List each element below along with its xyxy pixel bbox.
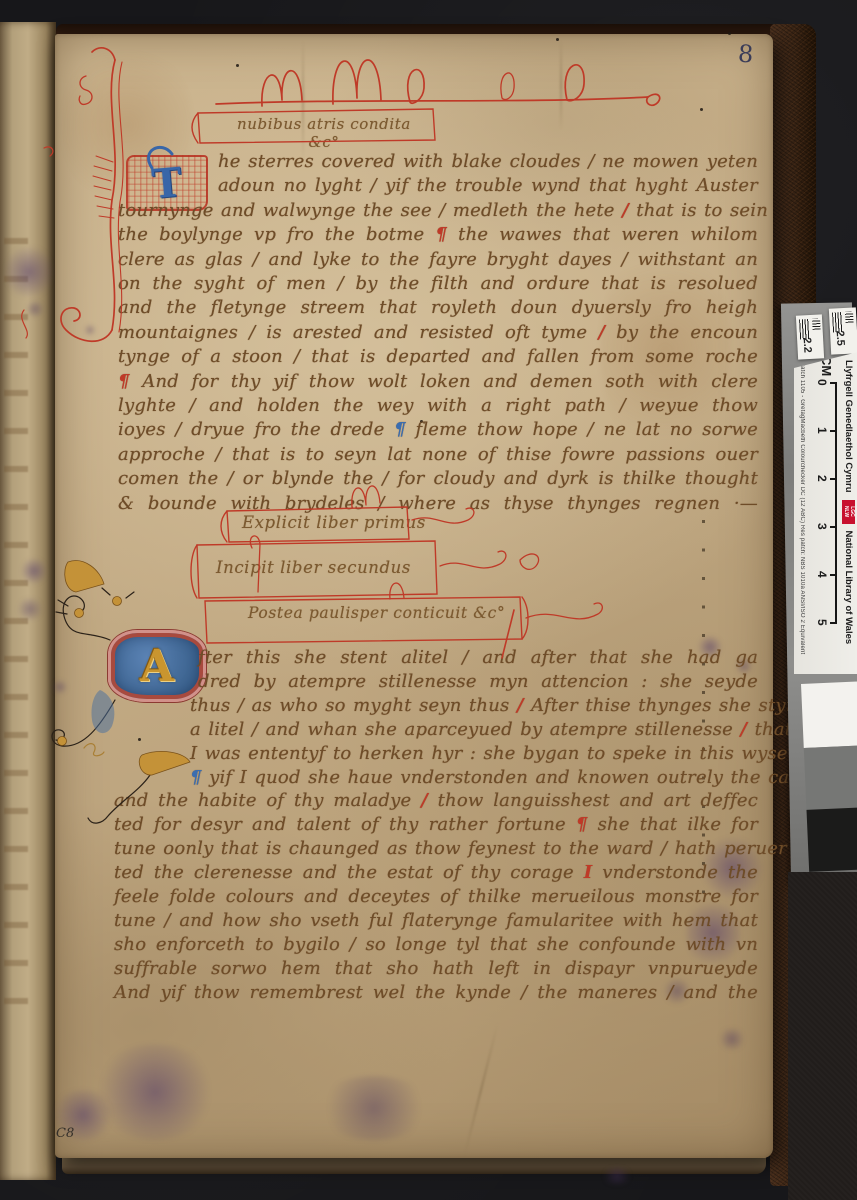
text-block-liber2: fter this she stent alitel / and after t…: [114, 646, 758, 1005]
nlw-logo: LGC NLW: [842, 500, 855, 524]
grayscale-target: [801, 682, 857, 872]
manuscript-line: dred by atempre stillenesse myn attencio…: [114, 670, 758, 694]
resolution-lines-icon: [812, 318, 821, 329]
manuscript-line: tynge of a stoon / that is departed and …: [118, 345, 758, 369]
rubric-incipit: Incipit liber secundus: [216, 558, 411, 577]
manuscript-line: and the habite of thy maladye / thow lan…: [114, 789, 758, 813]
parchment-crease: [560, 40, 562, 130]
manuscript-line: lyghte / and holden the wey with a right…: [118, 394, 758, 418]
ruler-scale-line: [836, 382, 838, 624]
manuscript-line: approche / that is to seyn lat none of t…: [118, 443, 758, 467]
manuscript-line: suffrable sorwo hem that sho hath left i…: [114, 957, 758, 981]
manuscript-line: ted the clerenesse and the estat of thy …: [114, 861, 758, 885]
ink-speck: [728, 32, 731, 35]
grayscale-patch-black: [806, 807, 857, 871]
manuscript-line: ioyes / dryue fro the drede ¶ fleme thow…: [118, 418, 758, 442]
manuscript-line: fter this she stent alitel / and after t…: [114, 646, 758, 670]
manuscript-line: feele folde colours and deceytes of thil…: [114, 885, 758, 909]
resolution-patch-label: 2.2: [801, 337, 814, 353]
resolution-patch: 2.5: [829, 307, 857, 354]
resolution-lines-icon: [845, 311, 854, 322]
manuscript-line: tune / and how sho vseth ful flaterynge …: [114, 909, 758, 933]
manuscript-line: comen the / or blynde the / for cloudy a…: [118, 467, 758, 491]
institution-name-english: National Library of Wales: [843, 531, 854, 645]
manuscript-line: a litel / and whan she aparceyued by ate…: [114, 718, 758, 742]
ruler-strip: Llyfrgell Genedlaethol Cymru LGC NLW Nat…: [794, 352, 857, 674]
resolution-patch-label: 2.5: [834, 330, 847, 346]
support-fabric: [788, 872, 857, 1200]
manuscript-line: ted for desyr and talent of thy rather f…: [114, 813, 758, 837]
ink-speck: [556, 38, 559, 41]
manuscript-line: I was ententyf to herken hyr : she bygan…: [114, 742, 758, 766]
manuscript-line: he sterres covered with blake cloudes / …: [118, 150, 758, 174]
ink-speck: [700, 108, 703, 111]
manuscript-line: adoun no lyght / yif the trouble wynd th…: [118, 174, 758, 198]
manuscript-line: on the syght of men / by the filth and o…: [118, 272, 758, 296]
grayscale-patch-white: [801, 682, 857, 748]
quire-mark: C8: [56, 1126, 74, 1141]
ruler-fine-print: Patch 1105 - GretagMacbeth Colourchecker…: [799, 362, 805, 668]
manuscript-line: ¶ And for thy yif thow wolt loken and de…: [118, 370, 758, 394]
showthrough-text-marks: [4, 238, 28, 1018]
institution-name-welsh: Llyfrgell Genedlaethol Cymru: [843, 360, 854, 493]
manuscript-line: ¶ yif I quod she haue vnderstonden and k…: [114, 766, 758, 790]
manuscript-line: & bounde with brydeles / where as thyse …: [118, 492, 758, 516]
manuscript-line: thus / as who so myght seyn thus / After…: [114, 694, 758, 718]
manuscript-line: sho enforceth to bygilo / so longe tyl t…: [114, 933, 758, 957]
ruler-institution-row: Llyfrgell Genedlaethol Cymru LGC NLW Nat…: [841, 360, 856, 666]
rubric-heading: nubibus atris condita &c°: [224, 115, 424, 151]
manuscript-line: tune oonly that is chaunged as thow feyn…: [114, 837, 758, 861]
resolution-patch: 2.2: [796, 314, 824, 359]
folio-number: 8: [737, 40, 754, 69]
manuscript-line: mountaignes / is arested and resisted of…: [118, 321, 758, 345]
manuscript-line: And yif thow remembrest wel the kynde / …: [114, 981, 758, 1005]
manuscript-line: the boylynge vp fro the botme ¶ the wawe…: [118, 223, 758, 247]
ink-speck: [236, 64, 239, 67]
grayscale-patch-gray: [804, 745, 857, 809]
rubric-postea: Postea paulisper conticuit &c°: [248, 604, 505, 622]
manuscript-photograph: 8 C8 nubibus atris condita &c° Explicit …: [0, 0, 857, 1200]
manuscript-line: tournynge and walwynge the see / medleth…: [118, 199, 758, 223]
text-block-metrum7: he sterres covered with blake cloudes / …: [118, 150, 758, 516]
manuscript-line: clere as glas / and lyke to the fayre br…: [118, 248, 758, 272]
manuscript-line: and the fletynge streem that royleth dou…: [118, 296, 758, 320]
